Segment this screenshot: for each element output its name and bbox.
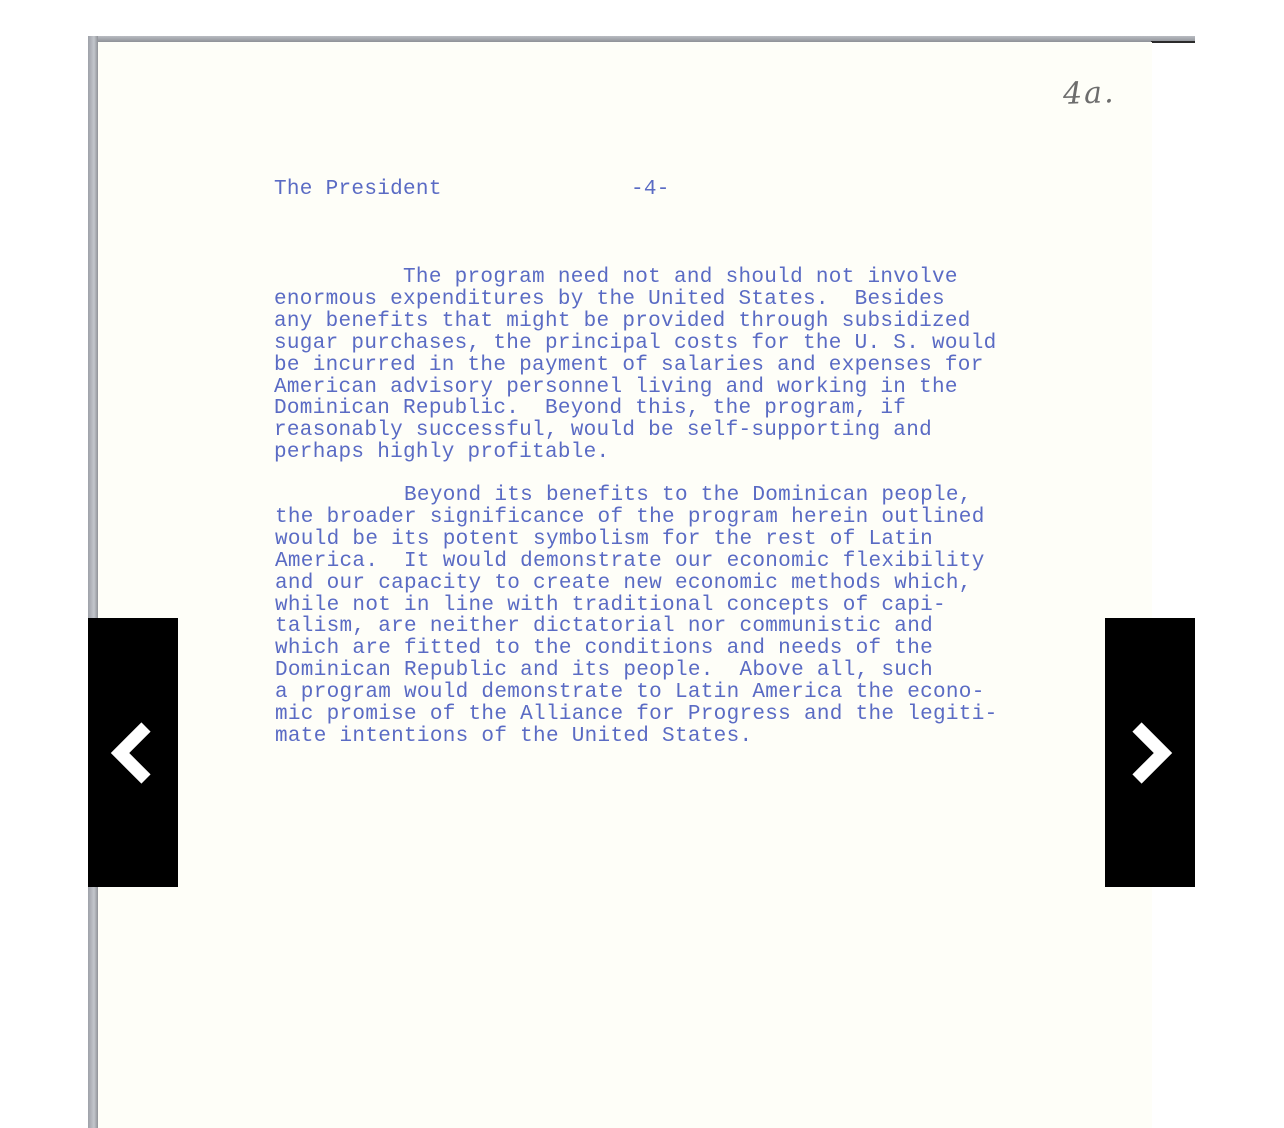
- typed-line: talism, are neither dictatorial nor comm…: [275, 616, 998, 638]
- scan-left-edge: [88, 36, 98, 1128]
- paragraph-2: Beyond its benefits to the Dominican peo…: [275, 485, 998, 748]
- typed-line: The program need not and should not invo…: [274, 267, 997, 289]
- previous-page-button[interactable]: [88, 618, 178, 887]
- typed-line: perhaps highly profitable.: [274, 442, 997, 464]
- typed-line: Beyond its benefits to the Dominican peo…: [275, 485, 998, 507]
- scan-top-edge-shadow: [1151, 41, 1195, 43]
- paragraph-1: The program need not and should not invo…: [274, 267, 997, 464]
- typed-line: Dominican Republic and its people. Above…: [275, 660, 998, 682]
- typed-line: Dominican Republic. Beyond this, the pro…: [274, 398, 997, 420]
- typed-line: a program would demonstrate to Latin Ame…: [275, 682, 998, 704]
- scanned-page: 4a. The President -4- The program need n…: [88, 36, 1195, 1128]
- next-page-button[interactable]: [1105, 618, 1195, 887]
- typed-line: mate intentions of the United States.: [275, 726, 998, 748]
- typed-line: which are fitted to the conditions and n…: [275, 638, 998, 660]
- typed-line: enormous expenditures by the United Stat…: [274, 289, 997, 311]
- chevron-right-icon: [1127, 721, 1173, 785]
- page-number: -4-: [631, 179, 670, 201]
- typed-line: would be its potent symbolism for the re…: [275, 529, 998, 551]
- typed-line: America. It would demonstrate our econom…: [275, 551, 998, 573]
- typed-line: mic promise of the Alliance for Progress…: [275, 704, 998, 726]
- typed-line: be incurred in the payment of salaries a…: [274, 355, 997, 377]
- typed-line: any benefits that might be provided thro…: [274, 311, 997, 333]
- typed-line: sugar purchases, the principal costs for…: [274, 333, 997, 355]
- typed-line: reasonably successful, would be self-sup…: [274, 420, 997, 442]
- paper-sheet: 4a. The President -4- The program need n…: [98, 42, 1152, 1128]
- typed-line: American advisory personnel living and w…: [274, 377, 997, 399]
- typed-line: and our capacity to create new economic …: [275, 573, 998, 595]
- typed-line: the broader significance of the program …: [275, 507, 998, 529]
- document-viewer: 4a. The President -4- The program need n…: [0, 0, 1284, 1128]
- letter-addressee: The President: [274, 179, 442, 201]
- handwritten-page-annotation: 4a.: [1062, 75, 1116, 112]
- typed-line: while not in line with traditional conce…: [275, 595, 998, 617]
- chevron-left-icon: [110, 721, 156, 785]
